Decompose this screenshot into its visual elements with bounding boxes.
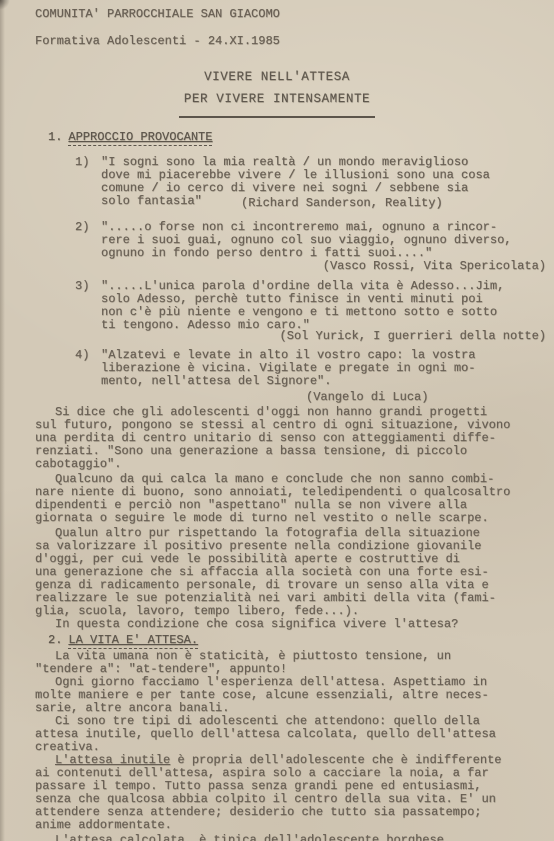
quote-text: ".....L'unica parola d'ordine della vita… <box>101 280 546 332</box>
document-header: COMUNITA' PARROCCHIALE SAN GIACOMO Forma… <box>0 0 554 48</box>
quote-item-2: 2) ".....o forse non ci incontreremo mai… <box>75 221 546 273</box>
organization-name: COMUNITA' PARROCCHIALE SAN GIACOMO <box>35 8 554 21</box>
quote-item-1: 1) "I sogni sono la mia realtà / un mond… <box>75 156 546 210</box>
title-line-2: PER VIVERE INTENSAMENTE <box>184 88 370 110</box>
underlined-phrase: L'attesa calcolata, <box>55 833 192 841</box>
quote-attribution: (Vangelo di Luca) <box>306 391 546 404</box>
paragraph-attesa-inutile: L'attesa inutile è propria dell'adolesce… <box>35 754 542 832</box>
section-1-heading: 1.APPROCCIO PROVOCANTE <box>48 131 554 146</box>
quote-attribution: (Richard Sanderson, Reality) <box>241 197 546 210</box>
paragraph: Qualcuno da qui calca la mano e conclude… <box>35 473 542 525</box>
section-2-title: LA VITA E' ATTESA. <box>68 634 198 649</box>
quote-item-3: 3) ".....L'unica parola d'ordine della v… <box>75 280 546 343</box>
scanned-document-page: COMUNITA' PARROCCHIALE SAN GIACOMO Forma… <box>0 0 554 841</box>
quote-body: ".....o forse non ci incontreremo mai, o… <box>101 221 546 273</box>
quote-number: 3) <box>75 280 101 343</box>
paragraph: In questa condizione che cosa significa … <box>35 618 542 631</box>
title-line-1: VIVERE NELL'ATTESA <box>184 66 370 88</box>
paragraph: La vita umana non è staticità, è piuttos… <box>35 650 542 676</box>
quote-attribution: (Vasco Rossi, Vita Spericolata) <box>101 260 546 273</box>
quote-body: ".....L'unica parola d'ordine della vita… <box>101 280 546 343</box>
section-1-title: APPROCCIO PROVOCANTE <box>68 131 212 146</box>
paragraph: Ogni giorno facciamo l'esperienza dell'a… <box>35 676 542 715</box>
quote-body: "I sogni sono la mia realtà / un mondo m… <box>101 156 546 210</box>
paragraph: Qualun altro pur rispettando la fotograf… <box>35 527 542 618</box>
quote-number: 4) <box>75 349 101 404</box>
document-title-block: VIVERE NELL'ATTESA PER VIVERE INTENSAMEN… <box>0 66 554 118</box>
quote-text: "Alzatevi e levate in alto il vostro cap… <box>101 349 546 388</box>
section-2-heading: 2.LA VITA E' ATTESA. <box>48 634 554 649</box>
quote-number: 1) <box>75 156 101 210</box>
paragraph-attesa-calcolata: L'attesa calcolata, è tipica dell'adoles… <box>35 834 542 841</box>
document-title: VIVERE NELL'ATTESA PER VIVERE INTENSAMEN… <box>179 66 375 118</box>
paragraph: Ci sono tre tipi di adolescenti che atte… <box>35 715 542 754</box>
quote-body: "Alzatevi e levate in alto il vostro cap… <box>101 349 546 404</box>
quote-number: 2) <box>75 221 101 273</box>
quote-text: ".....o forse non ci incontreremo mai, o… <box>101 221 546 260</box>
paragraph: Si dice che gli adolescenti d'oggi non h… <box>35 406 542 471</box>
quote-item-4: 4) "Alzatevi e levate in alto il vostro … <box>75 349 546 404</box>
section-2-number: 2. <box>48 633 62 647</box>
section-1-number: 1. <box>48 130 62 144</box>
paragraph-rest: è tipica dell'adolescente borghese, <box>192 833 451 841</box>
underlined-phrase: L'attesa inutile <box>55 753 170 767</box>
document-meta-date: Formativa Adolescenti - 24.XI.1985 <box>35 35 554 48</box>
